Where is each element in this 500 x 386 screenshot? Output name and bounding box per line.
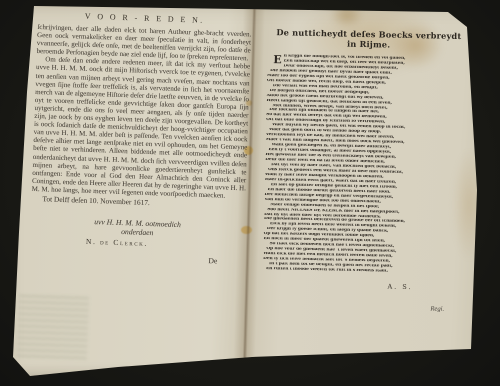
book-spread-paper: V O O R - R E D E N. ſchrijvingen, daer …	[0, 0, 500, 386]
photo-background: V O O R - R E D E N. ſchrijvingen, daer …	[0, 0, 500, 386]
paper-edge-shading	[0, 0, 500, 386]
